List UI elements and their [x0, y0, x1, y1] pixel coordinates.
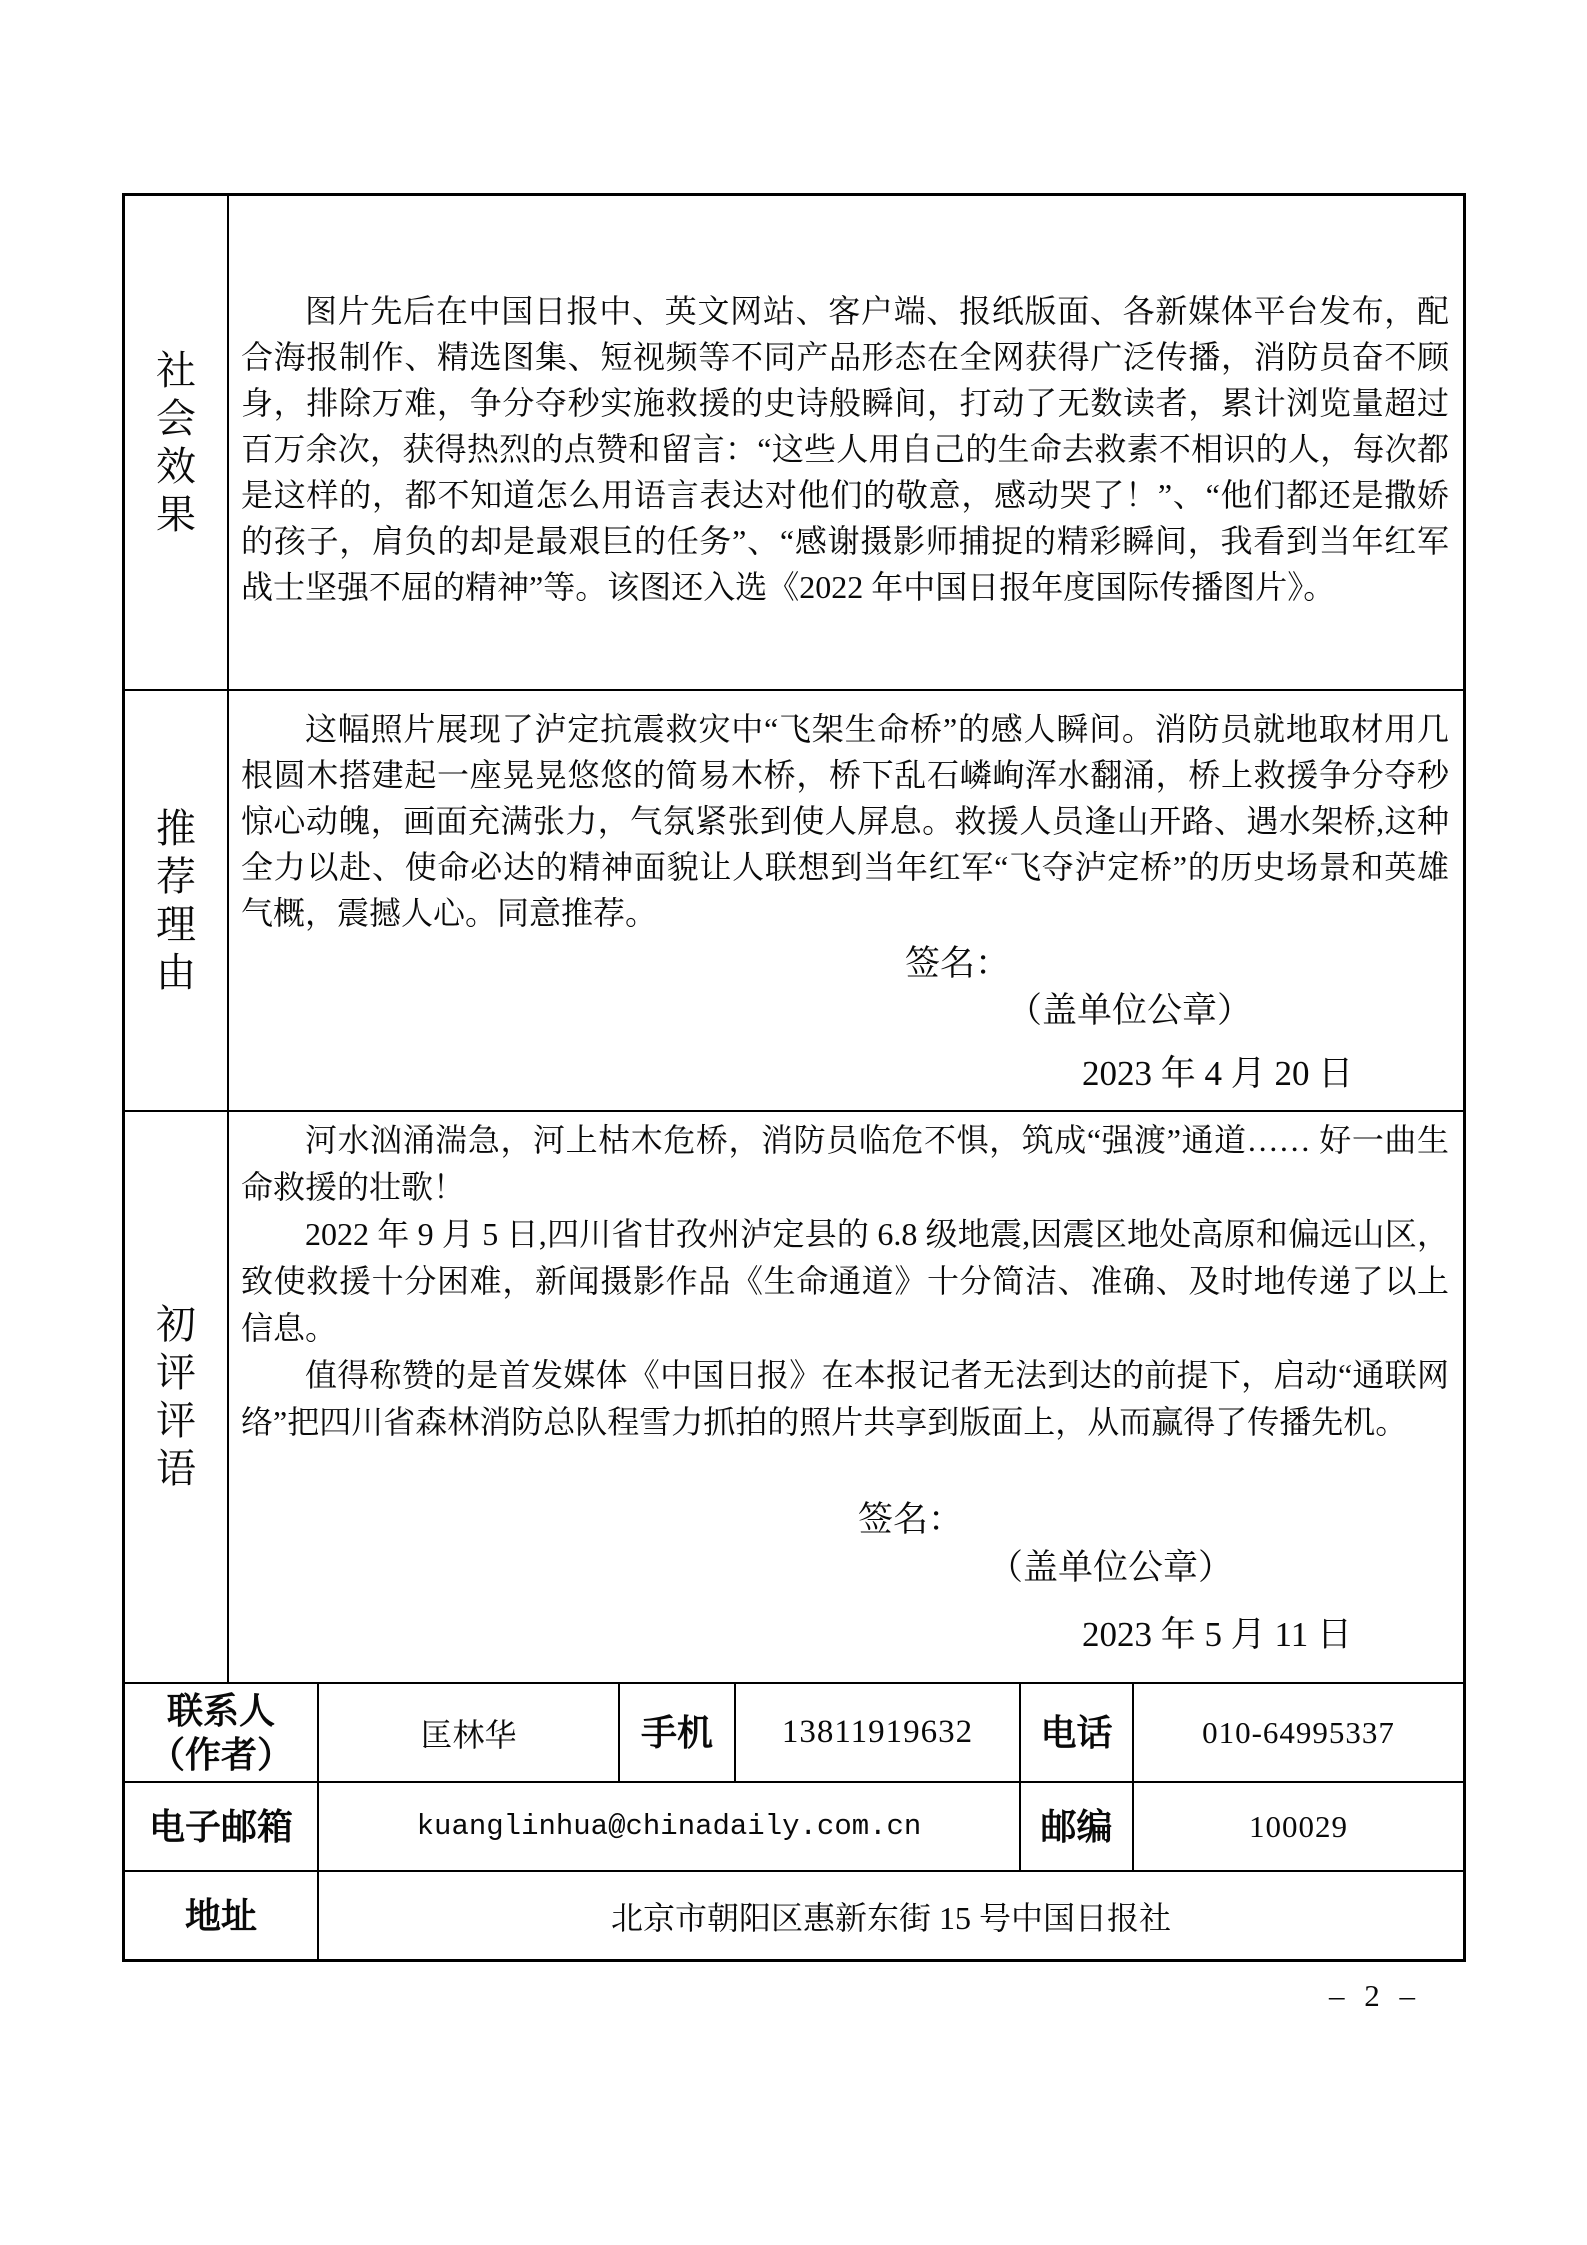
- page-number: – 2 –: [1310, 1978, 1440, 2014]
- section-label-cell-recommend: 推荐理由: [125, 691, 229, 1110]
- section-initial-review: 初评评语 河水汹涌湍急，河上枯木危桥，消防员临危不惧，筑成“强渡”通道…… 好一…: [125, 1112, 1463, 1684]
- section-content-review: 河水汹涌湍急，河上枯木危桥，消防员临危不惧，筑成“强渡”通道…… 好一曲生命救援…: [229, 1112, 1463, 1682]
- document-page: 社会效果 图片先后在中国日报中、英文网站、客户端、报纸版面、各新媒体平台发布，配…: [0, 0, 1587, 2245]
- contact-person-label-cell: 联系人 （作者）: [125, 1684, 319, 1781]
- phone-label: 电话: [1040, 1711, 1112, 1755]
- seal-note: （盖单位公章）: [1007, 993, 1449, 1029]
- postcode-value: 100029: [1249, 1809, 1348, 1845]
- section-label-cell-review: 初评评语: [125, 1112, 229, 1682]
- section-content-recommend: 这幅照片展现了泸定抗震救灾中“飞架生命桥”的感人瞬间。消防员就地取材用几根圆木搭…: [229, 691, 1463, 1110]
- contact-person-name-cell: 匡林华: [319, 1684, 620, 1781]
- email-value-cell: kuanglinhua@chinadaily.com.cn: [319, 1783, 1021, 1870]
- form-table: 社会效果 图片先后在中国日报中、英文网站、客户端、报纸版面、各新媒体平台发布，配…: [122, 193, 1466, 1962]
- section-content-social: 图片先后在中国日报中、英文网站、客户端、报纸版面、各新媒体平台发布，配合海报制作…: [229, 196, 1463, 689]
- contact-person-name: 匡林华: [420, 1710, 516, 1756]
- section-label-recommend: 推荐理由: [155, 805, 197, 997]
- email-row: 电子邮箱 kuanglinhua@chinadaily.com.cn 邮编 10…: [125, 1783, 1463, 1872]
- social-effect-text: 图片先后在中国日报中、英文网站、客户端、报纸版面、各新媒体平台发布，配合海报制作…: [241, 288, 1449, 610]
- postcode-value-cell: 100029: [1134, 1783, 1463, 1870]
- review-paragraph-1: 河水汹涌湍急，河上枯木危桥，消防员临危不惧，筑成“强渡”通道…… 好一曲生命救援…: [241, 1117, 1449, 1211]
- review-paragraph-2: 2022 年 9 月 5 日,四川省甘孜州泸定县的 6.8 级地震,因震区地处高…: [241, 1211, 1449, 1352]
- contact-person-label-line2: （作者）: [149, 1733, 293, 1777]
- section-label-cell-social: 社会效果: [125, 196, 229, 689]
- address-label: 地址: [185, 1894, 257, 1938]
- phone-label-cell: 电话: [1021, 1684, 1134, 1781]
- address-label-cell: 地址: [125, 1872, 319, 1959]
- postcode-label-cell: 邮编: [1021, 1783, 1134, 1870]
- section-social-effect: 社会效果 图片先后在中国日报中、英文网站、客户端、报纸版面、各新媒体平台发布，配…: [125, 196, 1463, 691]
- phone-value: 010-64995337: [1202, 1715, 1395, 1751]
- contact-row: 联系人 （作者） 匡林华 手机 13811919632 电话 010-64995…: [125, 1684, 1463, 1783]
- section-recommend-reason: 推荐理由 这幅照片展现了泸定抗震救灾中“飞架生命桥”的感人瞬间。消防员就地取材用…: [125, 691, 1463, 1112]
- signature-date: 2023 年 5 月 11 日: [1082, 1617, 1449, 1653]
- review-paragraph-3: 值得称赞的是首发媒体《中国日报》在本报记者无法到达的前提下，启动“通联网络”把四…: [241, 1352, 1449, 1446]
- section-label-review: 初评评语: [155, 1301, 197, 1493]
- address-row: 地址 北京市朝阳区惠新东街 15 号中国日报社: [125, 1872, 1463, 1959]
- email-label: 电子邮箱: [149, 1805, 293, 1849]
- signature-label: 签名：: [905, 946, 1449, 982]
- recommend-reason-text: 这幅照片展现了泸定抗震救灾中“飞架生命桥”的感人瞬间。消防员就地取材用几根圆木搭…: [241, 706, 1449, 936]
- email-label-cell: 电子邮箱: [125, 1783, 319, 1870]
- email-value: kuanglinhua@chinadaily.com.cn: [417, 1810, 922, 1843]
- section-label-social: 社会效果: [155, 347, 197, 539]
- mobile-label: 手机: [641, 1711, 713, 1755]
- mobile-value: 13811919632: [782, 1714, 973, 1751]
- address-value: 北京市朝阳区惠新东街 15 号中国日报社: [611, 1893, 1171, 1939]
- signature-date: 2023 年 4 月 20 日: [1082, 1056, 1449, 1092]
- signature-label: 签名：: [858, 1502, 1449, 1538]
- address-value-cell: 北京市朝阳区惠新东街 15 号中国日报社: [319, 1872, 1463, 1959]
- postcode-label: 邮编: [1040, 1805, 1112, 1849]
- phone-value-cell: 010-64995337: [1134, 1684, 1463, 1781]
- contact-person-label-line1: 联系人: [149, 1689, 293, 1733]
- mobile-value-cell: 13811919632: [736, 1684, 1021, 1781]
- mobile-label-cell: 手机: [620, 1684, 736, 1781]
- seal-note: （盖单位公章）: [988, 1550, 1449, 1586]
